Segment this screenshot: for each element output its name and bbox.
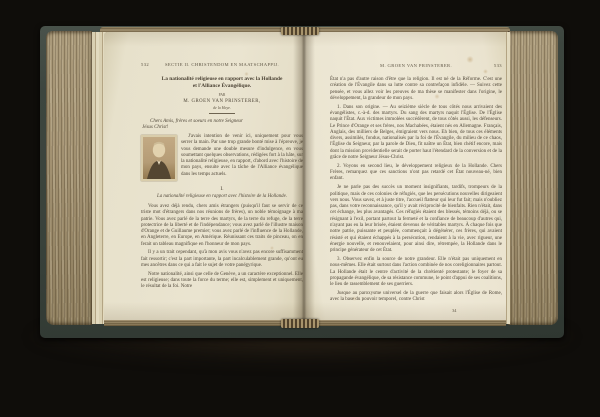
intro-paragraph: J'avais intention de venir ici, uniqueme…	[141, 134, 303, 178]
author-place: de la Haye.	[141, 106, 303, 110]
right-fore-edge	[508, 31, 558, 325]
photo-background: 532 SECTIE II. CHRISTENDOM EN MAATSCHAPP…	[0, 0, 600, 417]
left-paragraph-1: Vous avez déjà rendu, chers amis étrange…	[141, 204, 303, 248]
right-paragraph-3: 2. Voyons en second lieu, le développeme…	[330, 164, 502, 183]
article-title-line1: La nationalité religieuse en rapport ave…	[141, 76, 303, 83]
right-page-text-block: M. GROEN VAN PRINSTERER. 533 État n'a pa…	[330, 63, 502, 313]
left-running-title: SECTIE II. CHRISTENDOM EN MAATSCHAPPIJ.	[159, 62, 285, 67]
salutation-line2: Jésus Christ!	[141, 125, 303, 131]
left-paragraph-3: Notre nationalité, ainsi que celle de Ge…	[141, 272, 303, 291]
right-paragraph-5: 3. Observez enfin la source de notre gra…	[330, 257, 502, 288]
signature-mark: 34	[452, 308, 502, 313]
right-paragraph-1: État n'a pas d'autre raison d'être que l…	[330, 77, 502, 102]
headband-bottom	[281, 319, 319, 328]
right-page-number: 533	[484, 63, 502, 68]
right-running-title: M. GROEN VAN PRINSTERER.	[348, 63, 484, 68]
article-title: La nationalité religieuse en rapport ave…	[141, 76, 303, 90]
salutation: Chers Amis, frères et soeurs en notre Se…	[141, 119, 303, 131]
intro-paragraph-text: J'avais intention de venir ici, uniqueme…	[181, 134, 303, 177]
left-page: 532 SECTIE II. CHRISTENDOM EN MAATSCHAPP…	[104, 32, 304, 322]
byline-par: PAR	[141, 93, 303, 97]
headband-top	[281, 27, 319, 35]
left-running-head: 532 SECTIE II. CHRISTENDOM EN MAATSCHAPP…	[141, 62, 303, 67]
right-page: M. GROEN VAN PRINSTERER. 533 État n'a pa…	[304, 32, 506, 322]
right-paragraph-6: Jusque au paroxysme universel de la guer…	[330, 291, 502, 304]
right-paragraph-4: Je ne parle pas des succès un moment ins…	[330, 185, 502, 254]
left-page-number: 532	[141, 62, 159, 67]
section-title: La nationalité religieuse en rapport ave…	[141, 194, 303, 200]
left-paragraph-2: Il y a un trait cependant, qu'à mon avis…	[141, 250, 303, 269]
right-paragraph-2: 1. Dans son origine. — Au seizième siècl…	[330, 105, 502, 162]
portrait-photo	[141, 135, 177, 181]
foxing-spot	[466, 56, 474, 63]
right-running-head: M. GROEN VAN PRINSTERER. 533	[330, 63, 502, 68]
ornament-rule	[209, 113, 235, 114]
left-page-text-block: 532 SECTIE II. CHRISTENDOM EN MAATSCHAPP…	[141, 62, 303, 293]
article-title-line2: et l'Alliance Évangélique.	[141, 83, 303, 90]
author-name: M. GROEN VAN PRINSTERER,	[141, 99, 303, 104]
section-number: I.	[141, 186, 303, 192]
left-fore-edge	[46, 31, 92, 325]
